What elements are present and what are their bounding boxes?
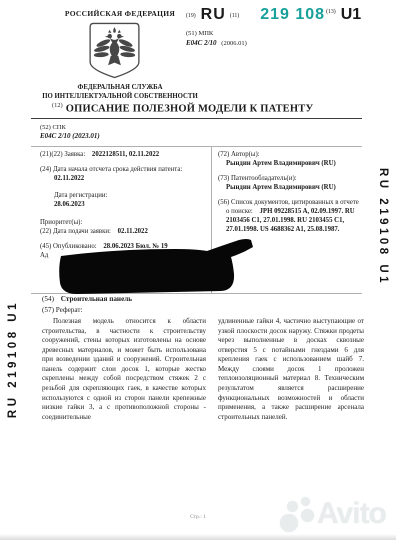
coat-of-arms <box>88 21 141 81</box>
inid-19: (19) <box>186 13 196 19</box>
country-title: РОССИЙСКАЯ ФЕДЕРАЦИЯ <box>40 9 200 18</box>
start-date-label: (24) Дата начала отсчета срока действия … <box>40 166 182 173</box>
patent-document-page: РОССИЙСКАЯ ФЕДЕРАЦИЯ <box>0 0 396 540</box>
vertical-doc-number-left: RU 219108 U1 <box>7 300 19 418</box>
document-title-text: ОПИСАНИЕ ПОЛЕЗНОЙ МОДЕЛИ К ПАТЕНТУ <box>66 104 314 115</box>
application-value: 2022128511, 02.11.2022 <box>92 151 159 158</box>
avito-watermark-text: Avito <box>317 497 386 531</box>
priority-label: Приоритет(ы): <box>40 219 207 228</box>
filing-date-row: (22) Дата подачи заявки: 02.11.2022 <box>40 228 207 237</box>
authors-row: (72) Автор(ы): Рындин Артем Владимирович… <box>218 151 362 169</box>
abstract-label: (57) Реферат: <box>42 306 83 314</box>
authors-value: Рындин Артем Владимирович (RU) <box>226 160 362 169</box>
redaction-marker <box>55 238 255 296</box>
invention-title-row: (54) Строительная панель <box>42 295 132 303</box>
application-label: (21)(22) Заявка: <box>40 151 85 158</box>
cited-documents-row: (56) Список документов, цитированных в о… <box>218 199 362 235</box>
document-title: (12)ОПИСАНИЕ ПОЛЕЗНОЙ МОДЕЛИ К ПАТЕНТУ <box>52 103 313 115</box>
vertical-doc-number-right: RU 219108 U1 <box>377 168 389 286</box>
country-code: RU <box>201 6 226 24</box>
ipc-class: E04C 2/10 <box>186 39 217 47</box>
abstract-column-2: удлиненные гайки 4, частично выступающие… <box>218 317 364 422</box>
photo-bottom-edge <box>0 534 396 540</box>
abstract-column-1: Полезная модель относится к области стро… <box>42 317 206 422</box>
authors-label: (72) Автор(ы): <box>218 151 362 160</box>
agency-line1: ФЕДЕРАЛЬНАЯ СЛУЖБА <box>8 84 232 93</box>
inid-11: (11) <box>230 13 239 19</box>
application-row: (21)(22) Заявка: 2022128511, 02.11.2022 <box>40 151 207 160</box>
ipc-classification: E04C 2/10 (2006.01) <box>186 39 247 47</box>
address-label-partial: Ад <box>40 252 48 259</box>
holder-label: (73) Патентообладатель(и): <box>218 175 362 184</box>
avito-logo-circle-icon <box>287 501 298 512</box>
bibliographic-left-column: (21)(22) Заявка: 2022128511, 02.11.2022 … <box>40 151 207 252</box>
agency-title: ФЕДЕРАЛЬНАЯ СЛУЖБА ПО ИНТЕЛЛЕКТУАЛЬНОЙ С… <box>8 84 232 102</box>
holder-value: Рындин Артем Владимирович (RU) <box>226 184 362 193</box>
filing-date-label: (22) Дата подачи заявки: <box>40 228 111 235</box>
ipc-version: (2006.01) <box>221 40 246 47</box>
start-date-row: (24) Дата начала отсчета срока действия … <box>40 166 207 184</box>
inid-54: (54) <box>42 295 54 303</box>
agency-line2: ПО ИНТЕЛЛЕКТУАЛЬНОЙ СОБСТВЕННОСТИ <box>8 93 232 102</box>
kind-code: U1 <box>341 6 361 24</box>
registration-date-row: Дата регистрации: 28.06.2023 <box>54 192 207 210</box>
spk-label: (52) СПК <box>40 124 66 131</box>
inid-13: (13) <box>326 9 336 15</box>
inid-12: (12) <box>52 103 63 109</box>
holder-row: (73) Патентообладатель(и): Рындин Артем … <box>218 175 362 193</box>
title-divider <box>31 118 362 119</box>
avito-watermark: Avito <box>278 494 396 538</box>
avito-logo-circle-icon <box>301 509 314 522</box>
filing-date-value: 02.11.2022 <box>118 228 148 235</box>
document-number: 219 108 <box>260 6 325 24</box>
registration-date-label: Дата регистрации: <box>54 192 207 201</box>
avito-logo-circle-icon <box>280 514 298 532</box>
spk-value: E04C 2/10 (2023.01) <box>40 132 100 140</box>
invention-title: Строительная панель <box>61 295 132 303</box>
start-date-value: 02.11.2022 <box>54 175 207 184</box>
ipc-label: (51) МПК <box>186 30 213 37</box>
section-divider-top <box>31 146 362 147</box>
bibliographic-right-column: (72) Автор(ы): Рындин Артем Владимирович… <box>218 151 362 235</box>
avito-logo-circle-icon <box>301 497 310 506</box>
publication-code-line: (19) RU (11) 219 108 (13) U1 <box>186 6 361 24</box>
double-headed-eagle-icon <box>88 21 141 81</box>
registration-date-value: 28.06.2023 <box>54 201 207 210</box>
